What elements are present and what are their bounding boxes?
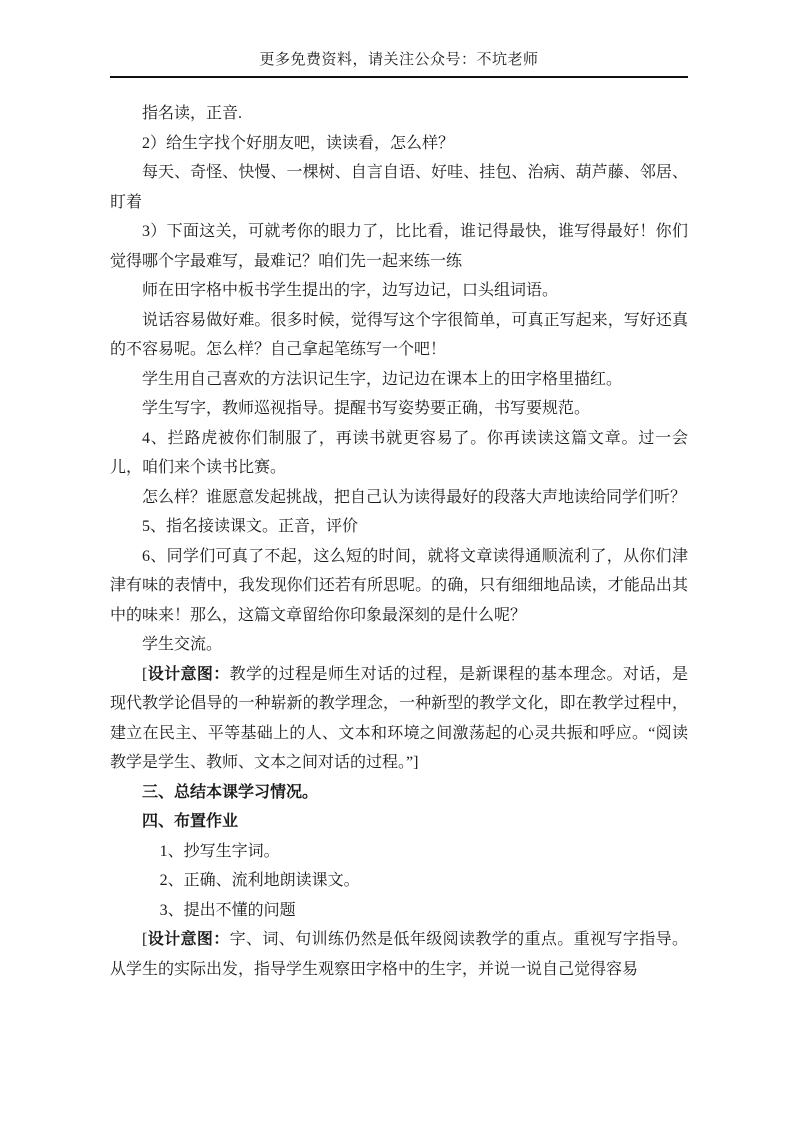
paragraph-student-exchange: 学生交流。 <box>110 630 688 660</box>
heading-section-3: 三、总结本课学习情况。 <box>110 778 688 808</box>
document-body: 指名读，正音. 2）给生字找个好朋友吧，读读看，怎么样？ 每天、奇怪、快慢、一棵… <box>110 99 688 984</box>
paragraph-student-practice: 学生用自己喜欢的方法识记生字，边记边在课本上的田字格里描红。 <box>110 365 688 395</box>
paragraph-challenge: 怎么样？谁愿意发起挑战，把自己认为读得最好的段落大声地读给同学们听？ <box>110 483 688 513</box>
page-header: 更多免费资料，请关注公众号：不坑老师 <box>110 50 688 70</box>
header-rule <box>110 76 688 78</box>
paragraph-teacher-guidance: 学生写字，教师巡视指导。提醒书写姿势要正确，书写要规范。 <box>110 394 688 424</box>
paragraph-writing-advice: 说话容易做好难。很多时候，觉得写这个字很简单，可真正写起来，写好还真的不容易呢。… <box>110 306 688 365</box>
design-intent-label: 设计意图： <box>147 931 229 948</box>
homework-item-3: 3、提出不懂的问题 <box>110 896 688 926</box>
paragraph-word-list: 每天、奇怪、快慢、一棵树、自言自语、好哇、挂包、治病、葫芦藤、邻居、盯着 <box>110 158 688 217</box>
paragraph-step4: 4、拦路虎被你们制服了，再读书就更容易了。你再读读这篇文章。过一会儿，咱们来个读… <box>110 424 688 483</box>
paragraph-step2: 2）给生字找个好朋友吧，读读看，怎么样？ <box>110 129 688 159</box>
homework-item-1: 1、抄写生字词。 <box>110 837 688 867</box>
heading-section-4: 四、布置作业 <box>110 807 688 837</box>
design-intent-note-2: [设计意图：字、词、句训练仍然是低年级阅读教学的重点。重视写字指导。从学生的实际… <box>110 925 688 984</box>
paragraph-step3: 3）下面这关，可就考你的眼力了，比比看，谁记得最快，谁写得最好！你们觉得哪个字最… <box>110 217 688 276</box>
paragraph-step5: 5、指名接读课文。正音，评价 <box>110 512 688 542</box>
document-page: 更多免费资料，请关注公众号：不坑老师 指名读，正音. 2）给生字找个好朋友吧，读… <box>0 0 793 1122</box>
paragraph-read-aloud: 指名读，正音. <box>110 99 688 129</box>
paragraph-teacher-writes: 师在田字格中板书学生提出的字，边写边记，口头组词语。 <box>110 276 688 306</box>
homework-item-2: 2、正确、流利地朗读课文。 <box>110 866 688 896</box>
design-intent-note-1: [设计意图：教学的过程是师生对话的过程，是新课程的基本理念。对话，是现代教学论倡… <box>110 660 688 778</box>
paragraph-step6: 6、同学们可真了不起，这么短的时间，就将文章读得通顺流利了，从你们津津有味的表情… <box>110 542 688 631</box>
header-notice: 更多免费资料，请关注公众号：不坑老师 <box>259 52 538 68</box>
design-intent-label: 设计意图： <box>147 666 229 683</box>
